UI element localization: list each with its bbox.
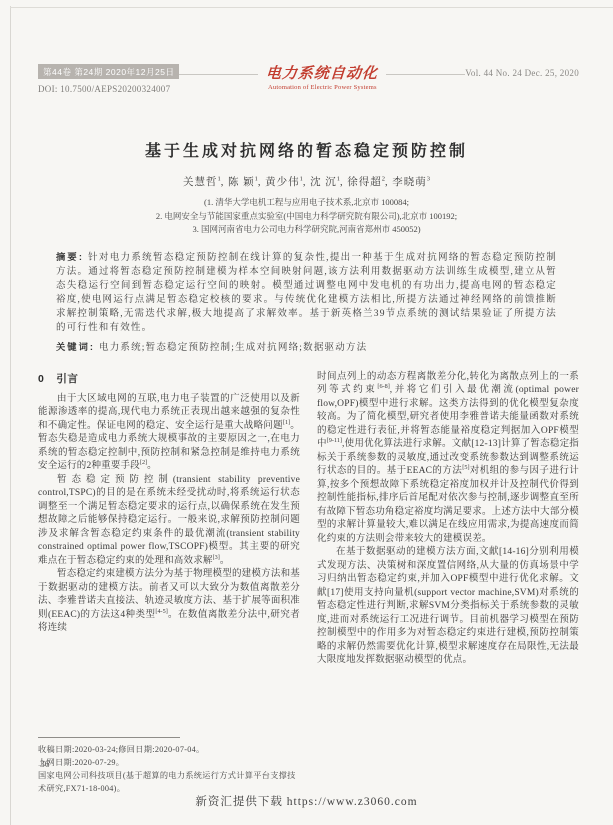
- right-column: 时间点列上的动态方程离散差分化,转化为离散点列上的一系列等式约束[6-8],并将…: [317, 371, 579, 795]
- citation-superscript: [5]: [462, 464, 469, 471]
- citation-superscript: [6-8]: [377, 383, 389, 390]
- header-rule-left: [179, 74, 258, 75]
- text-segment: , 徐得超: [340, 177, 382, 188]
- abstract: 摘要:针对电力系统暂态稳定预防控制在线计算的复杂性,提出一种基于生成对抗网络的暂…: [56, 250, 557, 335]
- text-segment: , 李晓萌: [385, 177, 427, 188]
- abstract-text: 针对电力系统暂态稳定预防控制在线计算的复杂性,提出一种基于生成对抗网络的暂态稳定…: [56, 253, 557, 333]
- header-rule-right: [386, 74, 465, 75]
- text-segment: , 沈 沉: [303, 177, 337, 188]
- text-segment: 关慧哲: [183, 177, 218, 188]
- text-line: 3. 国网河南省电力公司电力科学研究院,河南省郑州市 450052): [0, 223, 613, 237]
- text-line: 国家电网公司科技项目(基于超算的电力系统运行方式计算平台支撑技术研究,FX71-…: [38, 769, 300, 795]
- text-segment: , 陈 颖: [221, 177, 255, 188]
- text-segment: 暂态稳定预防控制(transient stability preventive …: [38, 475, 300, 566]
- journal-subtitle: Automation of Electric Power Systems: [266, 84, 378, 91]
- keywords-label: 关键词:: [56, 342, 95, 352]
- text-segment: , 黄少伟: [258, 177, 300, 188]
- text-line: 上网日期:2020-07-29。: [38, 756, 300, 769]
- keywords-text: 电力系统;暂态稳定预防控制;生成对抗网络;数据驱动方法: [99, 343, 367, 353]
- scan-edge-horizontal: [10, 7, 613, 8]
- article-body: 0引言 由于大区域电网的互联,电力电子装置的广泛使用以及新能源渗透率的提高,现代…: [0, 371, 613, 795]
- text-line: 收稿日期:2020-03-24;修回日期:2020-07-04。: [38, 743, 300, 756]
- text-segment: 。: [220, 556, 230, 566]
- scan-edge-vertical: [10, 6, 11, 825]
- issue-info-cn: 第44卷 第24期 2020年12月25日: [38, 64, 179, 79]
- footnote-rule: [38, 737, 180, 738]
- journal-header: 第44卷 第24期 2020年12月25日 DOI: 10.7500/AEPS2…: [0, 0, 613, 94]
- watermark-text: 新资汇提供下载 https://www.z3060.com: [0, 793, 613, 809]
- left-column-paragraphs: 由于大区域电网的互联,电力电子装置的广泛使用以及新能源渗透率的提高,现代电力系统…: [38, 393, 300, 636]
- text-segment: 。: [147, 461, 157, 471]
- issue-info-en: Vol. 44 No. 24 Dec. 25, 2020: [465, 68, 579, 78]
- text-segment: 由于大区域电网的互联,电力电子装置的广泛使用以及新能源渗透率的提高,现代电力系统…: [38, 394, 300, 431]
- citation-superscript: [9-11]: [327, 437, 342, 444]
- right-column-paragraphs: 时间点列上的动态方程离散差分化,转化为离散点列上的一系列等式约束[6-8],并将…: [317, 371, 579, 668]
- section-heading: 0引言: [38, 371, 300, 386]
- body-paragraph: 在基于数据驱动的建模方法方面,文献[14-16]分别利用模式发现方法、决策树和深…: [317, 546, 579, 668]
- citation-superscript: [3]: [213, 553, 220, 560]
- journal-logo-block: 电力系统自动化 Automation of Electric Power Sys…: [258, 62, 386, 91]
- header-center: 电力系统自动化 Automation of Electric Power Sys…: [179, 62, 465, 91]
- body-paragraph: 由于大区域电网的互联,电力电子装置的广泛使用以及新能源渗透率的提高,现代电力系统…: [38, 393, 300, 474]
- keywords: 关键词:电力系统;暂态稳定预防控制;生成对抗网络;数据驱动方法: [56, 340, 557, 355]
- page-number: 36: [40, 760, 50, 770]
- footnote: 收稿日期:2020-03-24;修回日期:2020-07-04。上网日期:202…: [38, 737, 300, 795]
- text-segment: 在基于数据驱动的建模方法方面,文献[14-16]分别利用模式发现方法、决策树和深…: [317, 547, 579, 665]
- body-paragraph: 暂态稳定约束建模方法分为基于物理模型的建模方法和基于数据驱动的建模方法。前者又可…: [38, 568, 300, 636]
- journal-logo: 电力系统自动化: [266, 62, 379, 83]
- footnote-lines: 收稿日期:2020-03-24;修回日期:2020-07-04。上网日期:202…: [38, 743, 300, 795]
- citation-superscript: [4-5]: [155, 607, 167, 614]
- doi-text: DOI: 10.7500/AEPS20200324007: [38, 84, 179, 94]
- authors-line: 关慧哲1, 陈 颖1, 黄少伟1, 沈 沉1, 徐得超2, 李晓萌3: [0, 174, 613, 189]
- left-column: 0引言 由于大区域电网的互联,电力电子装置的广泛使用以及新能源渗透率的提高,现代…: [38, 371, 300, 795]
- section-number: 0: [38, 373, 44, 385]
- affiliations: (1. 清华大学电机工程与应用电子技术系,北京市 100084;2. 电网安全与…: [0, 196, 613, 237]
- text-line: 2. 电网安全与节能国家重点实验室(中国电力科学研究院有限公司),北京市 100…: [0, 210, 613, 224]
- abstract-label: 摘要:: [56, 252, 84, 262]
- text-line: (1. 清华大学电机工程与应用电子技术系,北京市 100084;: [0, 196, 613, 210]
- body-paragraph: 时间点列上的动态方程离散差分化,转化为离散点列上的一系列等式约束[6-8],并将…: [317, 371, 579, 547]
- section-title: 引言: [56, 373, 78, 385]
- article-title: 基于生成对抗网络的暂态稳定预防控制: [40, 138, 573, 161]
- text-segment: 对机组的参与因子进行计算,按多个预想故障下系统稳定裕度加权并计及控制代价得到控制…: [317, 466, 579, 544]
- superscript: 3: [427, 176, 430, 183]
- body-paragraph: 暂态稳定预防控制(transient stability preventive …: [38, 474, 300, 569]
- header-left: 第44卷 第24期 2020年12月25日 DOI: 10.7500/AEPS2…: [38, 62, 179, 94]
